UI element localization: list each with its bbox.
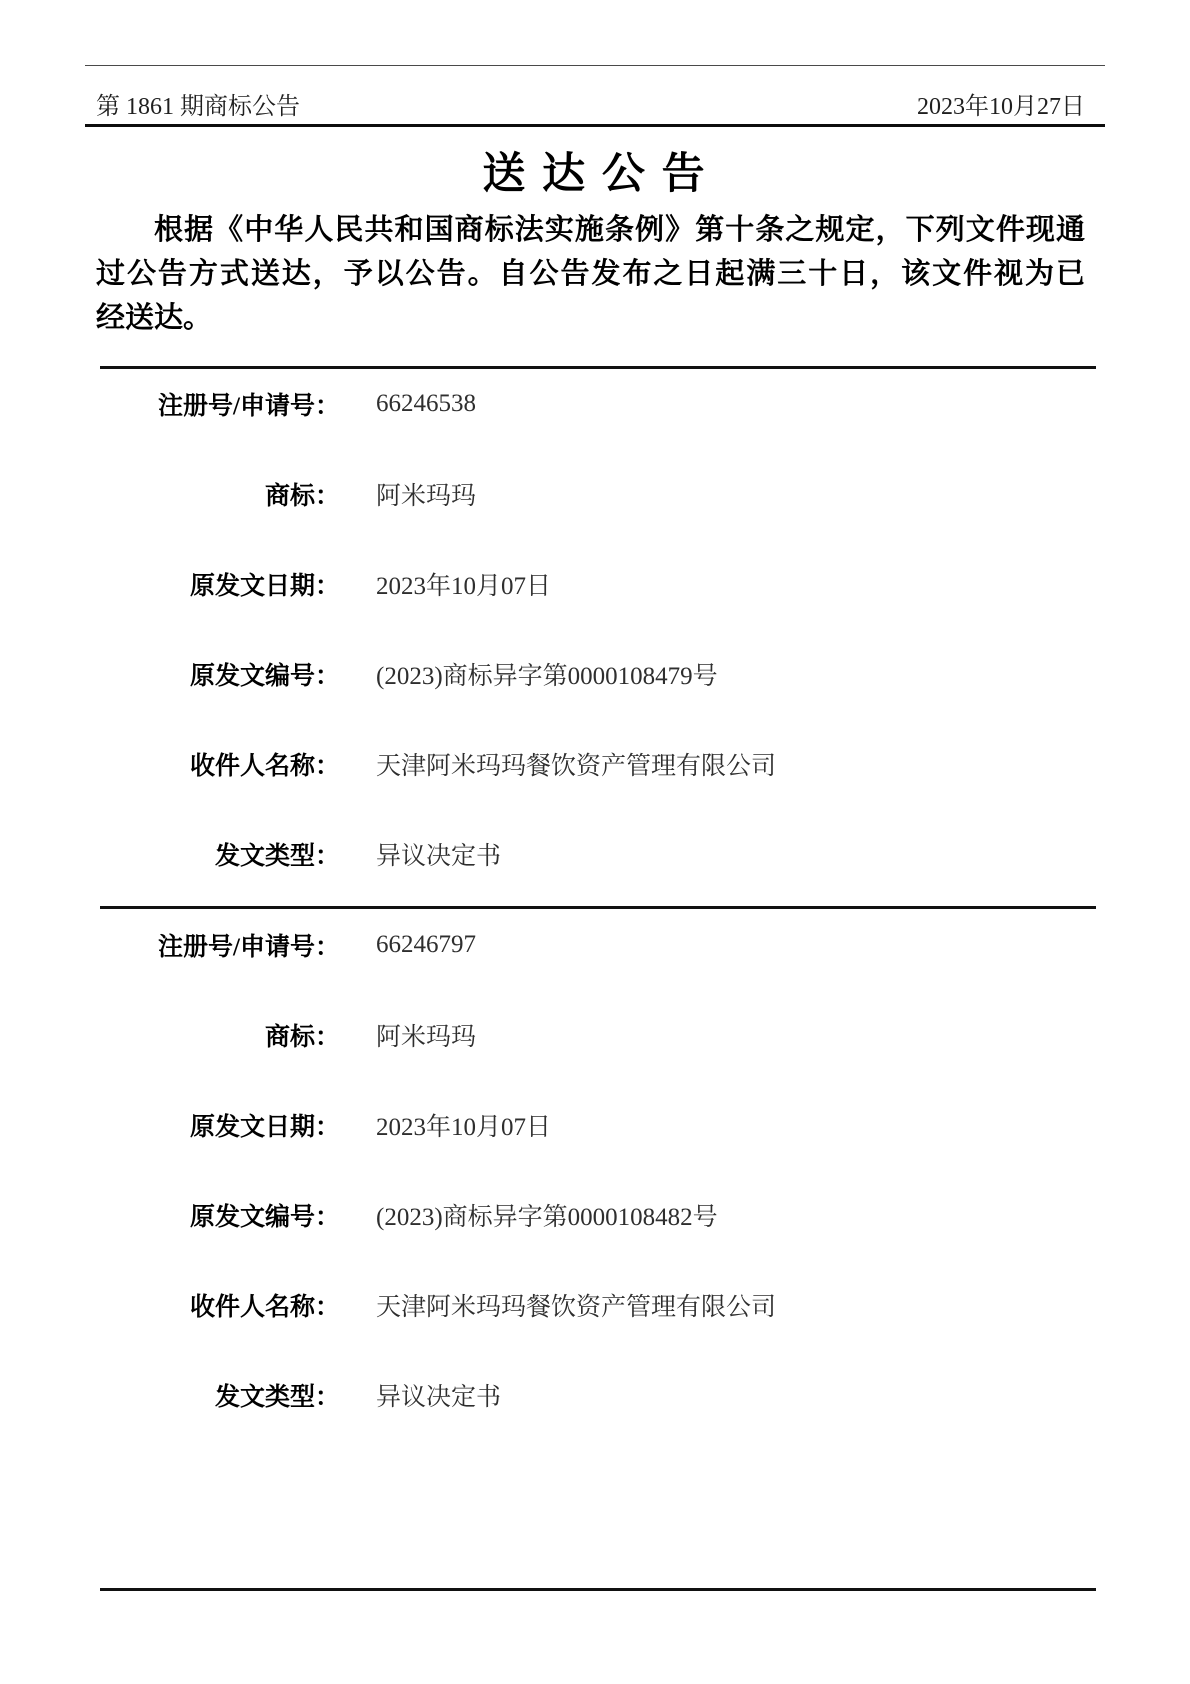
intro-line: 根据《中华人民共和国商标法实施条例》第十条之规定，下列文件现通 [96, 208, 1085, 252]
field-value: 2023年10月07日 [376, 1107, 551, 1143]
intro-line: 经送达。 [96, 296, 1085, 340]
header-top-rule [85, 65, 1105, 66]
field-label: 商标： [96, 476, 340, 512]
header-bottom-rule [85, 124, 1105, 127]
field-row: 注册号/申请号：66246797 [96, 900, 1086, 990]
field-label: 原发文日期： [96, 1107, 340, 1143]
field-label: 注册号/申请号： [96, 927, 340, 963]
field-label: 原发文编号： [96, 656, 340, 692]
field-row: 注册号/申请号：66246538 [96, 359, 1086, 449]
field-value: 异议决定书 [376, 1377, 501, 1413]
gazette-date-label: 2023年10月27日 [917, 86, 1085, 121]
gazette-page: 第 1861 期商标公告 2023年10月27日 送 达 公 告 根据《中华人民… [0, 0, 1190, 1684]
intro-line: 过公告方式送达，予以公告。自公告发布之日起满三十日，该文件视为已 [96, 252, 1085, 296]
table-rule-bottom [100, 1588, 1096, 1591]
field-label: 收件人名称： [96, 746, 340, 782]
field-row: 原发文日期：2023年10月07日 [96, 1080, 1086, 1170]
gazette-issue-label: 第 1861 期商标公告 [96, 86, 300, 121]
field-row: 原发文编号：(2023)商标异字第0000108482号 [96, 1170, 1086, 1260]
field-label: 原发文编号： [96, 1197, 340, 1233]
field-label: 收件人名称： [96, 1287, 340, 1323]
field-label: 发文类型： [96, 1377, 340, 1413]
field-label: 注册号/申请号： [96, 386, 340, 422]
field-row: 商标：阿米玛玛 [96, 449, 1086, 539]
field-row: 发文类型：异议决定书 [96, 809, 1086, 899]
field-row: 商标：阿米玛玛 [96, 990, 1086, 1080]
field-row: 收件人名称：天津阿米玛玛餐饮资产管理有限公司 [96, 1260, 1086, 1350]
field-row: 发文类型：异议决定书 [96, 1350, 1086, 1440]
field-value: 66246538 [376, 390, 476, 418]
field-value: (2023)商标异字第0000108479号 [376, 656, 718, 692]
field-value: 阿米玛玛 [376, 1017, 476, 1053]
field-value: (2023)商标异字第0000108482号 [376, 1197, 718, 1233]
field-value: 2023年10月07日 [376, 566, 551, 602]
field-label: 发文类型： [96, 836, 340, 872]
field-value: 阿米玛玛 [376, 476, 476, 512]
field-row: 收件人名称：天津阿米玛玛餐饮资产管理有限公司 [96, 719, 1086, 809]
field-value: 天津阿米玛玛餐饮资产管理有限公司 [376, 746, 776, 782]
field-value: 66246797 [376, 931, 476, 959]
page-title: 送 达 公 告 [0, 140, 1190, 201]
notice-record-1: 注册号/申请号：66246538商标：阿米玛玛原发文日期：2023年10月07日… [96, 359, 1086, 899]
field-row: 原发文日期：2023年10月07日 [96, 539, 1086, 629]
page-header: 第 1861 期商标公告 2023年10月27日 [96, 86, 1085, 121]
field-label: 原发文日期： [96, 566, 340, 602]
field-label: 商标： [96, 1017, 340, 1053]
field-row: 原发文编号：(2023)商标异字第0000108479号 [96, 629, 1086, 719]
intro-paragraph: 根据《中华人民共和国商标法实施条例》第十条之规定，下列文件现通 过公告方式送达，… [96, 208, 1085, 340]
notice-record-2: 注册号/申请号：66246797商标：阿米玛玛原发文日期：2023年10月07日… [96, 900, 1086, 1440]
field-value: 天津阿米玛玛餐饮资产管理有限公司 [376, 1287, 776, 1323]
field-value: 异议决定书 [376, 836, 501, 872]
